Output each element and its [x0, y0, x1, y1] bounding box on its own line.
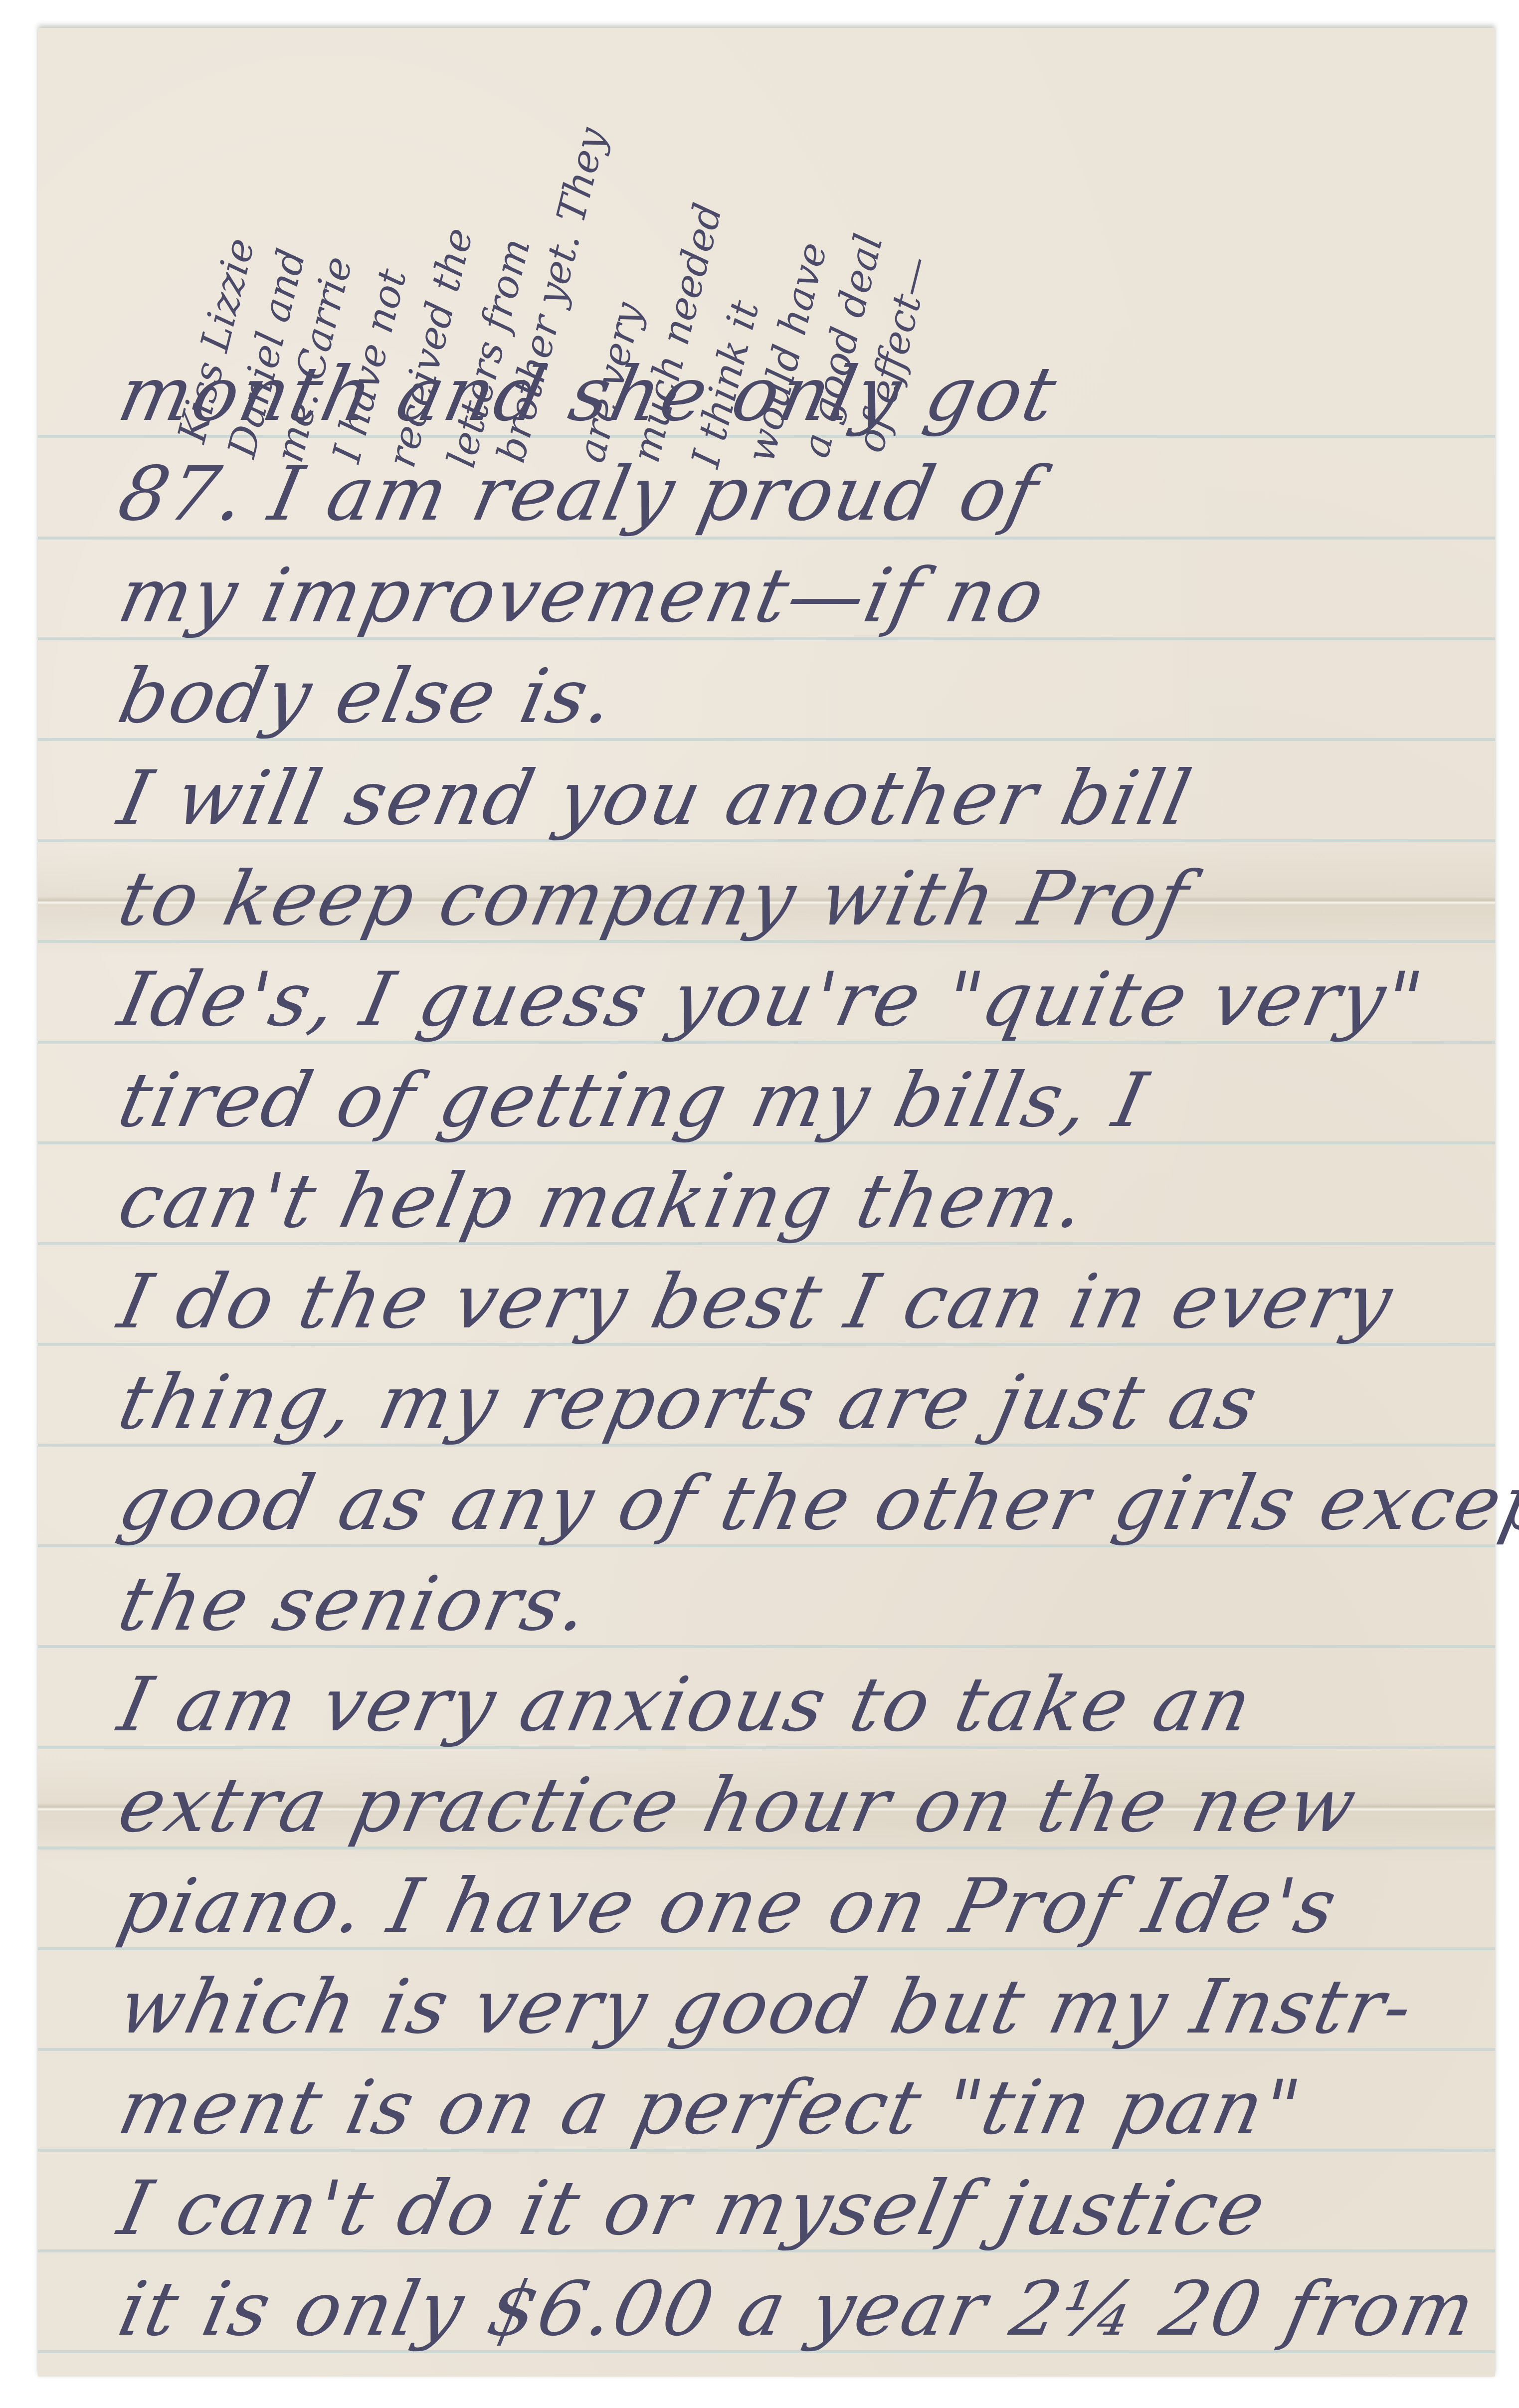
- body-line: I can't do it or myself justice: [113, 2171, 1273, 2246]
- body-line: Ide's, I guess you're "quite very": [113, 962, 1430, 1037]
- body-line: good as any of the other girls except: [113, 1466, 1519, 1541]
- body-line: it is only $6.00 a year 2¼ 20 from: [113, 2272, 1483, 2347]
- letter-page: Kiss Lizzie Daniel and me. Carrie I have…: [38, 28, 1495, 2377]
- body-line: thing, my reports are just as: [113, 1365, 1265, 1440]
- body-line: which is very good but my Instr-: [113, 1970, 1421, 2044]
- body-line: 87. I am realy proud of: [113, 457, 1046, 532]
- body-line: to keep company with Prof: [113, 862, 1196, 936]
- body-line: I am very anxious to take an: [113, 1667, 1259, 1742]
- body-line: tired of getting my bills, I: [113, 1063, 1155, 1138]
- body-line: I do the very best I can in every: [113, 1265, 1400, 1339]
- body-line: my improvement—if no: [113, 558, 1052, 633]
- body-line: piano. I have one on Prof Ide's: [113, 1869, 1344, 1944]
- body-line: body else is.: [113, 659, 622, 734]
- body-line: the seniors.: [113, 1567, 596, 1642]
- body-line: month and she only got: [113, 357, 1064, 432]
- body-line: can't help making them.: [113, 1164, 1094, 1239]
- body-line: extra practice hour on the new: [113, 1768, 1364, 1843]
- body-line: I will send you another bill: [113, 761, 1199, 836]
- body-line: ment is on a perfect "tin pan": [113, 2070, 1308, 2145]
